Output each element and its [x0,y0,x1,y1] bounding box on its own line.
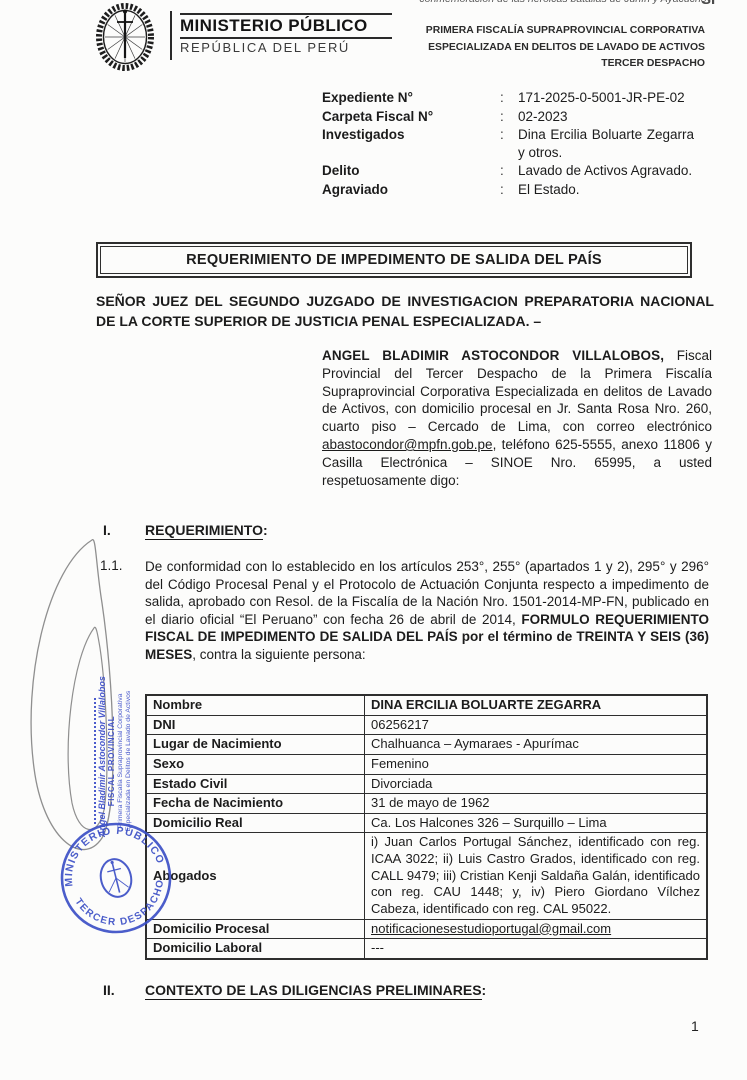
case-info-colon: : [500,89,518,107]
case-info-value: Lavado de Activos Agravado. [518,162,694,180]
addressee-paragraph: SEÑOR JUEZ DEL SEGUNDO JUZGADO DE INVEST… [96,291,714,332]
ministerio-publico-seal-icon [88,2,162,72]
table-row-label: Lugar de Nacimiento [146,735,365,755]
table-row-label: DNI [146,715,365,735]
stamp-name: Angel Bladimir Astocondor Villalobos [97,685,107,837]
table-row-value: --- [365,939,708,959]
table-row-label: Domicilio Real [146,813,365,833]
seal-arc-bottom-text: TERCER DESPACHO [71,876,175,939]
case-info-row: Delito : Lavado de Activos Agravado. [322,162,714,180]
stamp-role: FISCAL PROVINCIAL [107,685,117,837]
case-info-colon: : [500,126,518,144]
table-row-value: Divorciada [365,774,708,794]
svg-text:TERCER DESPACHO: TERCER DESPACHO [71,876,175,939]
table-row-label: Sexo [146,754,365,774]
table-row-label: Nombre [146,695,365,715]
office-line-3: TERCER DESPACHO [385,56,705,73]
table-row: Abogados i) Juan Carlos Portugal Sánchez… [146,833,707,919]
office-line-1: PRIMERA FISCALÍA SUPRAPROVINCIAL CORPORA… [385,23,705,40]
office-line-2: ESPECIALIZADA EN DELITOS DE LAVADO DE AC… [385,40,705,57]
table-row: Domicilio Real Ca. Los Halcones 326 – Su… [146,813,707,833]
table-row-value: 31 de mayo de 1962 [365,794,708,814]
table-row: Domicilio Procesal notificacionesestudio… [146,919,707,939]
document-page: conmemoración de las heroicas batallas d… [0,0,747,1080]
table-row-value: 06256217 [365,715,708,735]
case-info-row: Carpeta Fiscal N° : 02-2023 [322,108,714,126]
case-info-value: 171-2025-0-5001-JR-PE-02 [518,89,694,107]
case-info-value: El Estado. [518,181,694,199]
header-divider [170,11,172,60]
case-info-row: Investigados : Dina Ercilia Boluarte Zeg… [322,126,714,161]
table-row: DNI 06256217 [146,715,707,735]
document-title: REQUERIMIENTO DE IMPEDIMENTO DE SALIDA D… [100,246,688,274]
prosecutor-email-link[interactable]: abastocondor@mpfn.gob.pe [322,437,493,452]
case-info-label: Carpeta Fiscal N° [322,108,500,126]
section-2-heading: CONTEXTO DE LAS DILIGENCIAS PRELIMINARES… [145,982,486,998]
intro-paragraph: ANGEL BLADIMIR ASTOCONDOR VILLALOBOS, Fi… [322,347,712,490]
table-row: Nombre DINA ERCILIA BOLUARTE ZEGARRA [146,695,707,715]
table-row-value: Ca. Los Halcones 326 – Surquillo – Lima [365,813,708,833]
table-row-value: DINA ERCILIA BOLUARTE ZEGARRA [365,695,708,715]
section-1-heading: REQUERIMIENTO: [145,522,268,538]
org-title: MINISTERIO PÚBLICO [180,15,392,39]
table-row-label: Fecha de Nacimiento [146,794,365,814]
case-info-colon: : [500,108,518,126]
page-number: 1 [691,1018,699,1034]
table-row-label: Domicilio Laboral [146,939,365,959]
case-info-label: Agraviado [322,181,500,199]
table-row: Fecha de Nacimiento 31 de mayo de 1962 [146,794,707,814]
office-block: PRIMERA FISCALÍA SUPRAPROVINCIAL CORPORA… [385,23,705,73]
prosecutor-name: ANGEL BLADIMIR ASTOCONDOR VILLALOBOS, [322,348,664,363]
case-info-label: Expediente N° [322,89,500,107]
brand-block: MINISTERIO PÚBLICO REPÚBLICA DEL PERÚ [180,13,392,55]
case-info-row: Agraviado : El Estado. [322,181,714,199]
case-info: Expediente N° : 171-2025-0-5001-JR-PE-02… [322,89,714,199]
case-info-label: Investigados [322,126,500,144]
table-row: Sexo Femenino [146,754,707,774]
table-row: Domicilio Laboral --- [146,939,707,959]
document-title-box: REQUERIMIENTO DE IMPEDIMENTO DE SALIDA D… [96,242,692,278]
org-subtitle: REPÚBLICA DEL PERÚ [180,39,392,56]
case-info-row: Expediente N° : 171-2025-0-5001-JR-PE-02 [322,89,714,107]
case-info-colon: : [500,162,518,180]
person-data-table: Nombre DINA ERCILIA BOLUARTE ZEGARRA DNI… [145,694,708,960]
case-info-value: 02-2023 [518,108,694,126]
case-info-value: Dina Ercilia Boluarte Zegarra y otros. [518,126,694,161]
table-row-value: i) Juan Carlos Portugal Sánchez, identif… [365,833,708,919]
case-info-label: Delito [322,162,500,180]
cropped-motto-line: conmemoración de las heroicas batallas d… [418,0,708,5]
table-row: Lugar de Nacimiento Chalhuanca – Aymarae… [146,735,707,755]
table-row-value: Chalhuanca – Aymaraes - Apurímac [365,735,708,755]
table-row: Estado Civil Divorciada [146,774,707,794]
item-1-1-paragraph: De conformidad con lo establecido en los… [145,558,709,663]
case-info-colon: : [500,181,518,199]
table-row-value-email-link[interactable]: notificacionesestudioportugal@gmail.com [365,919,708,939]
signature-dotted-line [94,698,96,824]
section-2-numeral: II. [103,982,115,998]
table-row-value: Femenino [365,754,708,774]
table-row-label: Estado Civil [146,774,365,794]
item-1-1-text-end: , contra la siguiente persona: [192,647,365,662]
cropped-corner-text: SI [701,0,715,8]
